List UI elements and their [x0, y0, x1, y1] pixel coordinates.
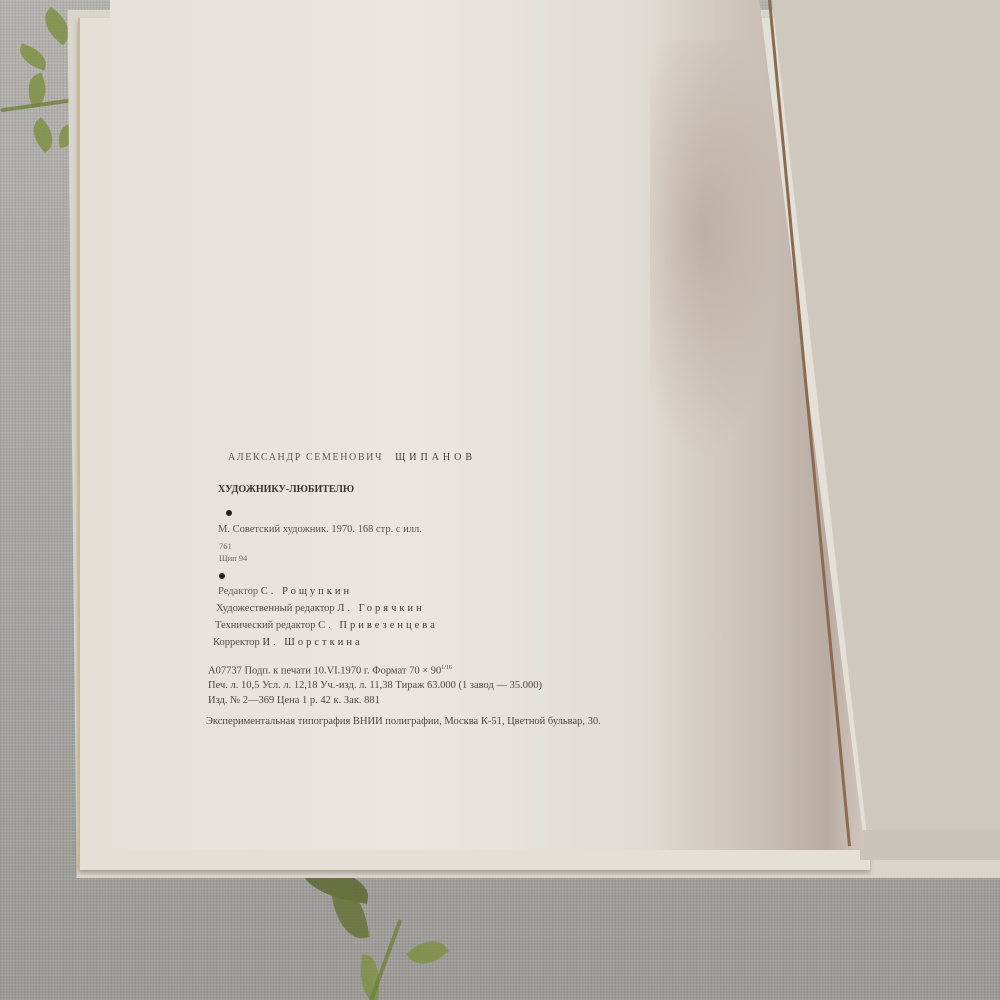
imprint-line: М. Советский художник. 1970. 168 стр. с … [218, 524, 422, 535]
page-shadow [650, 40, 780, 460]
bullet-separator [226, 510, 232, 516]
right-page-edge [860, 830, 1000, 860]
bullet-separator [219, 573, 225, 579]
leaf-decoration [406, 932, 449, 974]
author-name: АЛЕКСАНДР СЕМЕНОВИЧ ЩИПАНОВ [228, 452, 476, 463]
print-details-line: А07737 Подп. к печати 10.VI.1970 г. Форм… [208, 665, 452, 677]
credit-editor: Редактор С. Рощупкин [218, 586, 352, 597]
credit-name: С. Привезенцева [318, 620, 438, 631]
format-fraction: 1/16 [441, 665, 452, 671]
credit-role: Редактор [218, 586, 258, 597]
print-run-line: Печ. л. 10,5 Усл. л. 12,18 Уч.-изд. л. 1… [208, 680, 542, 691]
author-surname: ЩИПАНОВ [395, 452, 476, 463]
printer-line: Экспериментальная типография ВНИИ полигр… [206, 716, 601, 727]
author-given-names: АЛЕКСАНДР СЕМЕНОВИЧ [228, 452, 383, 463]
publication-price-line: Изд. № 2—369 Цена 1 р. 42 к. Зак. 881 [208, 695, 380, 706]
short-code: Щип 94 [219, 553, 247, 563]
class-code: 761 [219, 541, 232, 551]
credit-name: С. Рощупкин [261, 586, 352, 597]
credit-tech-editor: Технический редактор С. Привезенцева [215, 620, 438, 631]
credit-art-editor: Художественный редактор Л. Горячкин [216, 603, 425, 614]
leaf-decoration [26, 117, 61, 153]
leaf-decoration [16, 43, 50, 70]
print-details-text: А07737 Подп. к печати 10.VI.1970 г. Форм… [208, 666, 441, 677]
book-title: ХУДОЖНИКУ-ЛЮБИТЕЛЮ [218, 484, 354, 495]
credit-role: Корректор [213, 637, 260, 648]
credit-name: Л. Горячкин [337, 603, 424, 614]
credit-role: Технический редактор [215, 620, 316, 631]
credit-role: Художественный редактор [216, 603, 335, 614]
credit-name: И. Шорсткина [262, 637, 362, 648]
credit-proofreader: Корректор И. Шорсткина [213, 637, 363, 648]
